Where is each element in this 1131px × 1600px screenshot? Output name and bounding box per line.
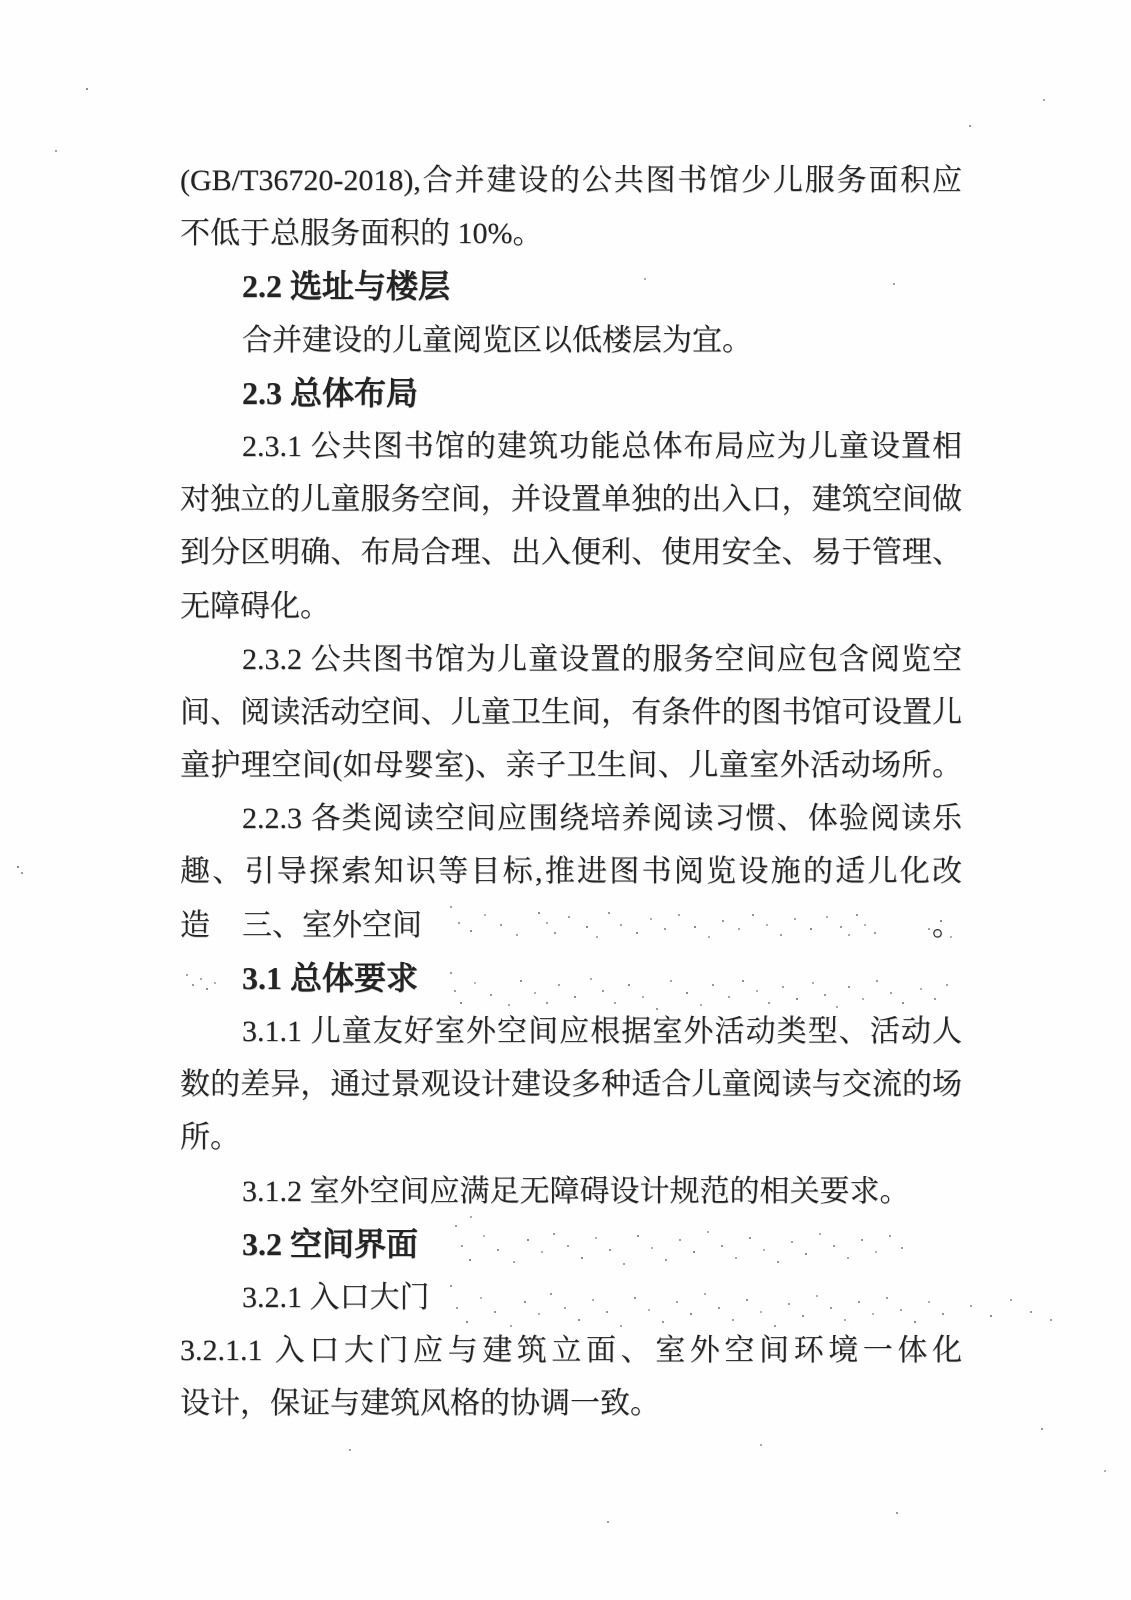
section-heading: 2.2 选址与楼层 bbox=[180, 260, 962, 313]
text-line: 3.2.1.1 入口大门应与建筑立面、室外空间环境一体化 bbox=[180, 1324, 962, 1377]
section-heading: 3.1 总体要求 bbox=[180, 952, 962, 1005]
text-line: 间、阅读活动空间、儿童卫生间，有条件的图书馆可设置儿 bbox=[180, 686, 962, 739]
text-line: 2.3.1 公共图书馆的建筑功能总体布局应为儿童设置相 bbox=[180, 420, 962, 473]
text-line: 3.1.1 儿童友好室外空间应根据室外活动类型、活动人 bbox=[180, 1005, 962, 1058]
text-line: 童护理空间(如母婴室)、亲子卫生间、儿童室外活动场所。 bbox=[180, 739, 962, 792]
text-line: 无障碍化。 bbox=[180, 580, 962, 633]
text-line: 趣、引导探索知识等目标,推进图书阅览设施的适儿化改造。 bbox=[180, 845, 962, 898]
scan-noise-band bbox=[450, 906, 452, 908]
scan-noise-band bbox=[450, 1285, 452, 1287]
text-line: 合并建设的儿童阅览区以低楼层为宜。 bbox=[180, 314, 962, 367]
section-heading: 3.2.1 入口大门 bbox=[180, 1271, 962, 1324]
section-heading: 3.2 空间界面 bbox=[180, 1218, 962, 1271]
text-line: (GB/T36720-2018),合并建设的公共图书馆少儿服务面积应 bbox=[180, 154, 962, 207]
scan-noise-band bbox=[450, 972, 452, 974]
text-line: 所。 bbox=[180, 1111, 962, 1164]
text-line: 2.3.2 公共图书馆为儿童设置的服务空间应包含阅览空 bbox=[180, 633, 962, 686]
scan-noise-band bbox=[455, 1225, 457, 1227]
text-line: 对独立的儿童服务空间，并设置单独的出入口，建筑空间做 bbox=[180, 473, 962, 526]
text-line: 设计，保证与建筑风格的协调一致。 bbox=[180, 1377, 962, 1430]
text-line: 不低于总服务面积的 10%。 bbox=[180, 207, 962, 260]
text-line: 到分区明确、布局合理、出入便利、使用安全、易于管理、 bbox=[180, 526, 962, 579]
scan-noise-band bbox=[186, 974, 188, 976]
scan-noise-specks bbox=[86, 88, 88, 90]
document-text-block: (GB/T36720-2018),合并建设的公共图书馆少儿服务面积应 不低于总服… bbox=[180, 154, 962, 1431]
text-line: 3.1.2 室外空间应满足无障碍设计规范的相关要求。 bbox=[180, 1165, 962, 1218]
text-line: 数的差异，通过景观设计建设多种适合儿童阅读与交流的场 bbox=[180, 1058, 962, 1111]
text-line: 2.2.3 各类阅读空间应围绕培养阅读习惯、体验阅读乐 bbox=[180, 792, 962, 845]
scanned-page: (GB/T36720-2018),合并建设的公共图书馆少儿服务面积应 不低于总服… bbox=[0, 0, 1131, 1600]
section-heading: 2.3 总体布局 bbox=[180, 367, 962, 420]
